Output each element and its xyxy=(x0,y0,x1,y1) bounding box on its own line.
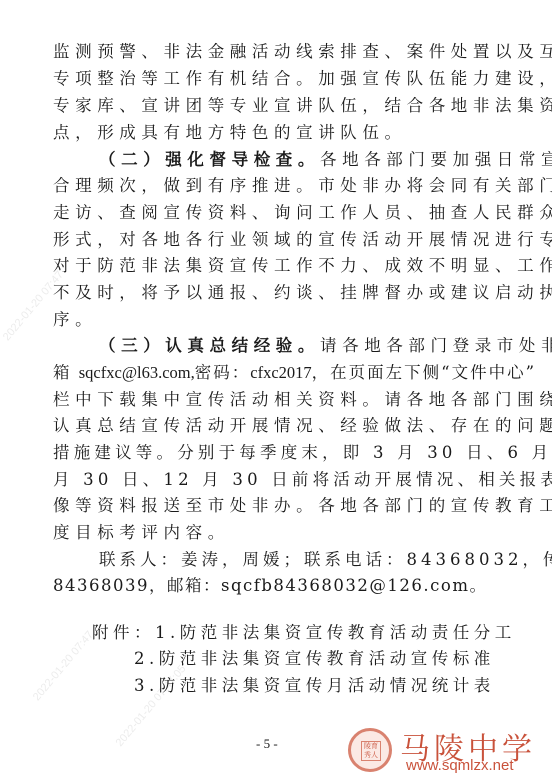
attachment-text: 1.防范非法集资宣传教育活动责任分工 xyxy=(155,623,516,642)
attachment-item-1: 附件：1.防范非法集资宣传教育活动责任分工 xyxy=(92,620,492,647)
page-number: - 5 - xyxy=(256,736,278,752)
attachment-item-2: 2.防范非法集资宣传教育活动宣传标准 xyxy=(134,646,534,673)
text-line: 认真总结宣传活动开展情况、经验做法、存在的问题及下一步 xyxy=(53,413,503,440)
section-2-first-line: （二）强化督导检查。各地各部门要加强日常宣传，保持 xyxy=(99,147,549,174)
section-3-heading: （三）认真总结经验。 xyxy=(99,336,320,355)
text-line: 对于防范非法集资宣传工作不力、成效不明显、工作资料上报 xyxy=(53,253,503,280)
seal-text: 陵育 秀人 xyxy=(361,741,381,761)
text-span: 密码： xyxy=(195,363,251,382)
contact-line-1: 联系人：姜涛，周媛；联系电话：84368032，传真： xyxy=(99,547,549,574)
watermark: 2022-01-20 07:47 xyxy=(31,629,96,703)
text-line: 形式，对各地各行业领域的宣传活动开展情况进行专项督查， xyxy=(53,227,503,254)
password-text: cfxc2017 xyxy=(250,363,311,382)
text-line: 月 30 日、12 月 30 日前将活动开展情况、相关报表及图片或影 xyxy=(53,467,503,494)
school-logo: 陵育 秀人 马陵中学 www.sqmlzx.net xyxy=(348,726,548,776)
attachments-label: 附件： xyxy=(92,623,155,642)
text-line: 栏中下载集中宣传活动相关资料。请各地各部门围绕责任分工 xyxy=(53,387,503,414)
text-line: 点，形成具有地方特色的宣讲队伍。 xyxy=(53,120,503,147)
text-span: 箱 xyxy=(53,363,79,382)
text-line: 合理频次，做到有序推进。市处非办将会同有关部门采取随机 xyxy=(53,173,503,200)
text-line-email: 箱 sqcfxc@l63.com,密码：cfxc2017，在页面左下侧“文件中心… xyxy=(53,360,503,387)
text-line: 走访、查阅宣传资料、询问工作人员、抽查人民群众知晓率等 xyxy=(53,200,503,227)
text-line: 像等资料报送至市处非办。各地各部门的宣传教育工作列入年 xyxy=(53,493,503,520)
seal-icon: 陵育 秀人 xyxy=(348,728,392,772)
contact-line-2: 84368039，邮箱：sqcfb84368032@126.com。 xyxy=(53,573,503,600)
section-2-heading: （二）强化督导检查。 xyxy=(99,150,320,169)
text-span: ，在页面左下侧“文件中心” xyxy=(312,363,536,382)
attachment-item-3: 3.防范非法集资宣传月活动情况统计表 xyxy=(134,673,534,700)
email-link[interactable]: sqcfxc@l63.com, xyxy=(79,363,195,382)
text-span: 各地各部门要加强日常宣传，保持 xyxy=(320,150,552,169)
text-span: 请各地各部门登录市处非办公共邮 xyxy=(320,336,552,355)
text-line: 不及时，将予以通报、约谈、挂牌督办或建议启动执纪问责程 xyxy=(53,280,503,307)
text-line: 专家库、宣讲团等专业宣讲队伍，结合各地非法集资案件特 xyxy=(53,93,503,120)
text-line: 序。 xyxy=(53,307,503,334)
text-line: 专项整治等工作有机结合。加强宣传队伍能力建设，积极组建 xyxy=(53,66,503,93)
text-line: 度目标考评内容。 xyxy=(53,520,503,547)
section-3-first-line: （三）认真总结经验。请各地各部门登录市处非办公共邮 xyxy=(99,333,549,360)
logo-url: www.sqmlzx.net xyxy=(406,757,514,774)
text-line: 措施建议等。分别于每季度末，即 3 月 30 日、6 月 30 日、9 xyxy=(53,440,503,467)
text-line: 监测预警、非法金融活动线索排查、案件处置以及互联网金融 xyxy=(53,39,503,66)
